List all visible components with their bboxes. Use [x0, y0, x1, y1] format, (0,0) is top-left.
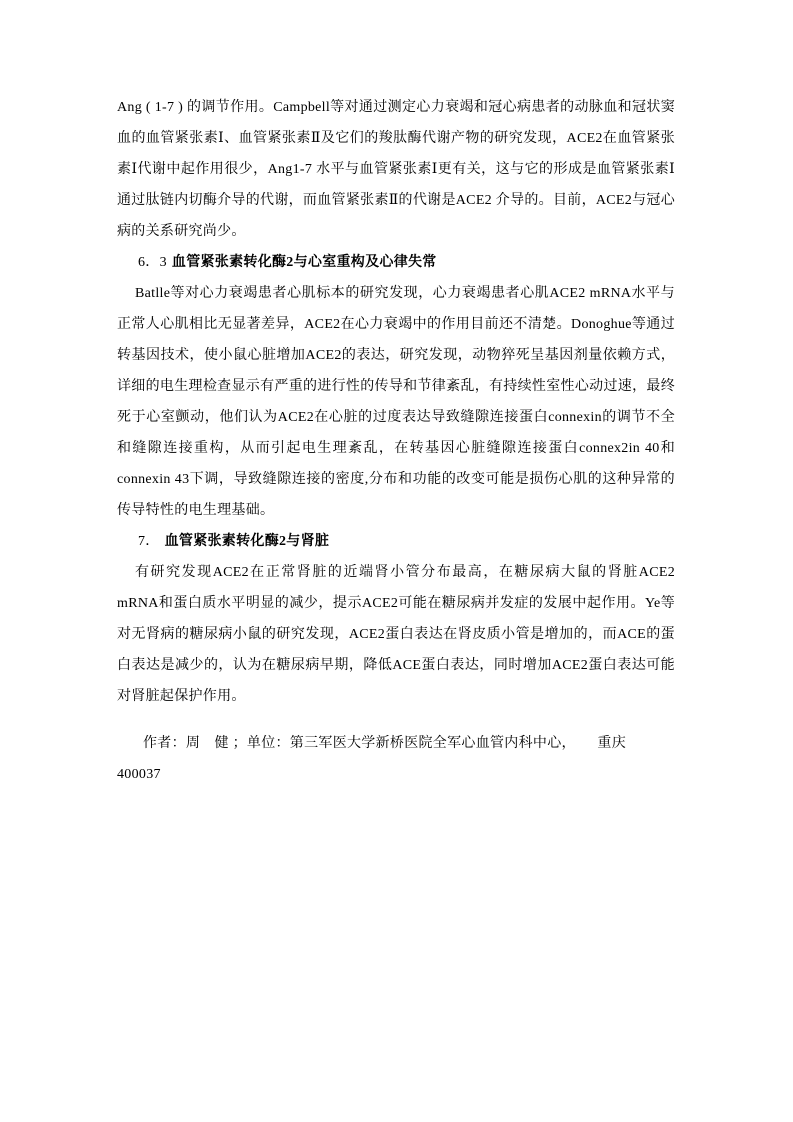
paragraph-kidney: 有研究发现ACE2在正常肾脏的近端肾小管分布最高，在糖尿病大鼠的肾脏ACE2 m… [117, 557, 675, 712]
document-page: Ang ( 1-7 ) 的调节作用。Campbell等对通过测定心力衰竭和冠心病… [0, 0, 793, 1122]
section-heading-7: 7．血管紧张素转化酶2与肾脏 [117, 526, 675, 557]
section-7-title: 血管紧张素转化酶2与肾脏 [165, 534, 330, 549]
paragraph-ventricular-remodeling: Batlle等对心力衰竭患者心肌标本的研究发现，心力衰竭患者心肌ACE2 mRN… [117, 278, 675, 526]
section-6-3-title: 血管紧张素转化酶2与心室重构及心律失常 [172, 255, 437, 270]
paragraph-ace2-coronary: Ang ( 1-7 ) 的调节作用。Campbell等对通过测定心力衰竭和冠心病… [117, 92, 675, 247]
author-affiliation-line: 作者：周 健 ；单位：第三军医大学新桥医院全军心血管内科中心， 重庆 40003… [117, 728, 675, 790]
section-6-3-number: 6．3 [138, 255, 167, 270]
section-7-number: 7． [138, 534, 160, 549]
section-heading-6-3: 6．3血管紧张素转化酶2与心室重构及心律失常 [117, 247, 675, 278]
